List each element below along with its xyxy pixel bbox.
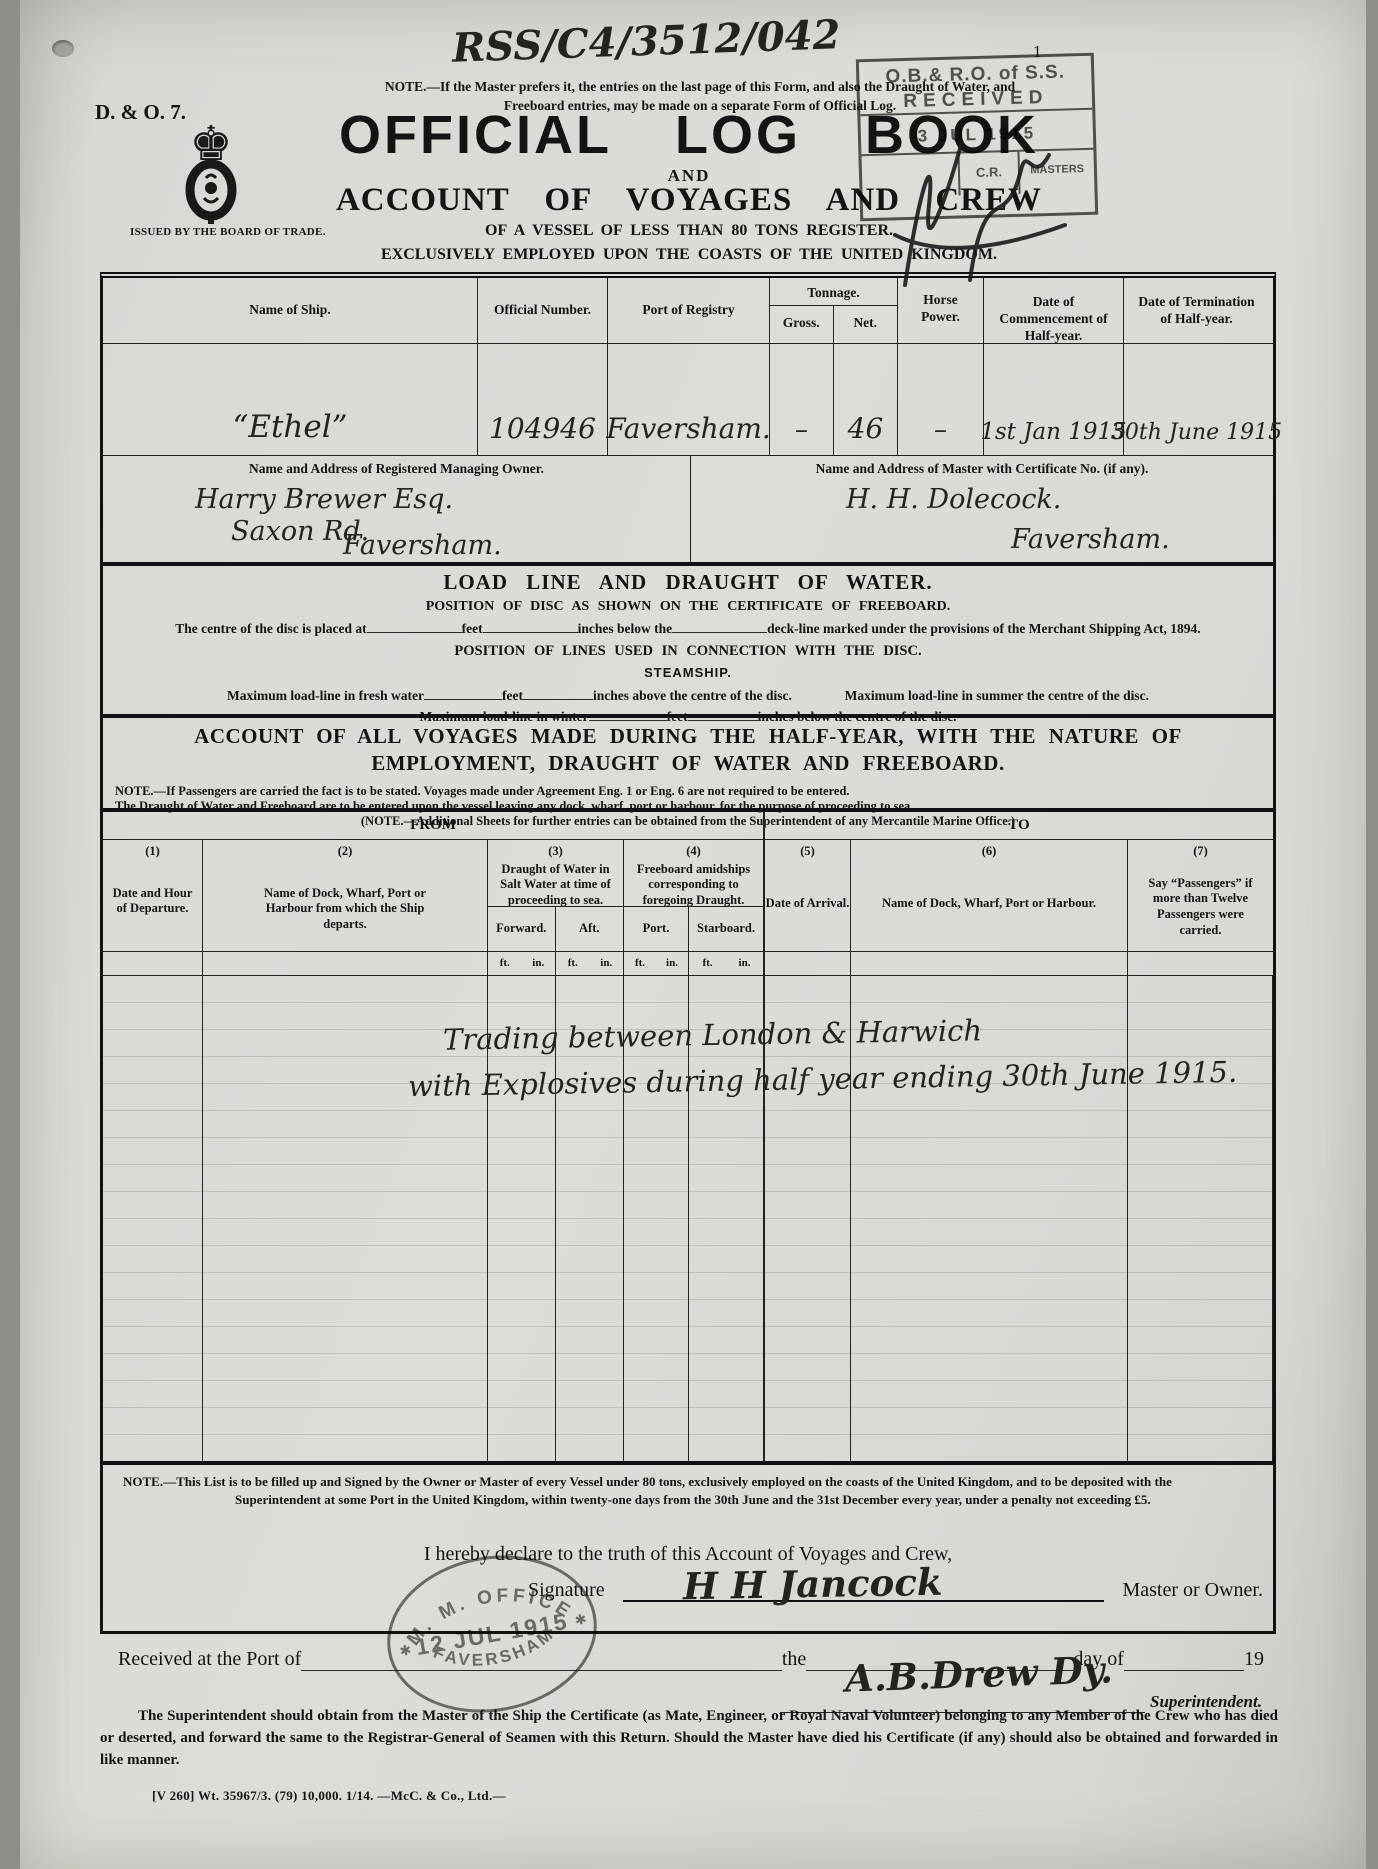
master-or-owner-label: Master or Owner.	[1122, 1579, 1263, 1602]
value-gross: –	[770, 344, 834, 455]
value-official-number: 104946	[478, 344, 608, 455]
from-to-row: FROM TO	[103, 812, 1273, 840]
stamp-star-left: ✱	[399, 1643, 413, 1660]
starboard-header: Starboard.	[689, 907, 763, 951]
stamp-star-right: ✱	[574, 1612, 588, 1629]
load-line-title: LOAD LINE AND DRAUGHT OF WATER.	[103, 566, 1273, 596]
signature-handwriting: H H Jancock	[682, 1560, 942, 1609]
superintendent-paragraph: The Superintendent should obtain from th…	[100, 1706, 1278, 1771]
col1-header: (1)Date and Hour of Departure.	[103, 840, 203, 951]
blank-line	[589, 707, 667, 721]
header-name-of-ship: Name of Ship.	[103, 278, 478, 343]
col2-header: (2)Name of Dock, Wharf, Port or Harbour …	[203, 840, 488, 951]
owner-value: Harry Brewer Esq. Saxon Rd. Faversham.	[103, 482, 691, 562]
account-title: ACCOUNT OF VOYAGES AND CREW	[0, 182, 1378, 219]
signature-line: H H Jancock	[623, 1570, 1105, 1602]
forward-header: Forward.	[488, 907, 556, 951]
blank-line	[483, 619, 578, 633]
header-net: Net.	[834, 306, 898, 344]
col3-header: (3)Draught of Water in Salt Water at tim…	[488, 840, 624, 951]
header-official-number: Official Number.	[478, 278, 608, 343]
account-title-line1: ACCOUNT OF ALL VOYAGES MADE DURING THE H…	[103, 718, 1273, 750]
position-disc-line: POSITION OF DISC AS SHOWN ON THE CERTIFI…	[103, 598, 1273, 616]
owner-master-values: Harry Brewer Esq. Saxon Rd. Faversham. H…	[103, 482, 1273, 566]
load-line-section: LOAD LINE AND DRAUGHT OF WATER. POSITION…	[103, 566, 1273, 718]
main-form: Name of Ship. Official Number. Port of R…	[100, 272, 1276, 1634]
account-section: ACCOUNT OF ALL VOYAGES MADE DURING THE H…	[103, 718, 1273, 812]
owner-master-labels: Name and Address of Registered Managing …	[103, 456, 1273, 482]
declaration-line: I hereby declare to the truth of this Ac…	[103, 1539, 1273, 1566]
blank-line	[523, 686, 593, 700]
printer-imprint: [V 260] Wt. 35967/3. (79) 10,000. 1/14. …	[152, 1788, 506, 1804]
received-pre: Received at the Port of	[118, 1648, 301, 1671]
col6-header: (6)Name of Dock, Wharf, Port or Harbour.	[851, 840, 1128, 951]
port-office-stamp: M. M. OFFICE FAVERSHAM 12 JUL 1915 ✱ ✱	[372, 1548, 612, 1720]
account-title-line2: EMPLOYMENT, DRAUGHT OF WATER AND FREEBOA…	[103, 750, 1273, 777]
hole-punch	[52, 40, 74, 57]
value-commencement: 1st Jan 1915	[984, 344, 1124, 455]
from-header: FROM	[103, 812, 765, 839]
blank-line	[688, 707, 758, 721]
header-gross: Gross.	[770, 306, 834, 344]
col4-header: (4)Freeboard amidships corresponding to …	[624, 840, 765, 951]
units-aft: ft.in.	[556, 952, 624, 975]
value-name-of-ship: “Ethel”	[103, 344, 478, 455]
port-header: Port.	[624, 907, 689, 951]
value-horse-power: –	[898, 344, 984, 455]
header-port-of-registry: Port of Registry	[608, 278, 770, 343]
blank-month	[1124, 1654, 1244, 1671]
col5-header: (5)Date of Arrival.	[765, 840, 851, 951]
blank-line	[672, 619, 767, 633]
voyage-body: Trading between London & Harwich with Ex…	[103, 976, 1273, 1461]
signature-row: Signature H H Jancock Master or Owner.	[103, 1566, 1273, 1618]
blank-line	[424, 686, 502, 700]
owner-label: Name and Address of Registered Managing …	[103, 456, 691, 482]
form-bottom-note: NOTE.—This List is to be filled up and S…	[103, 1461, 1273, 1539]
units-forward: ft.in.	[488, 952, 556, 975]
voyage-header-row: (1)Date and Hour of Departure. (2)Name o…	[103, 840, 1273, 952]
col7-header: (7)Say “Passengers” if more than Twelve …	[1128, 840, 1273, 951]
units-row: ft.in. ft.in. ft.in. ft.in.	[103, 952, 1273, 976]
ship-values-row: “Ethel” 104946 Faversham. – 46 – 1st Jan…	[103, 344, 1273, 456]
main-title: OFFICIAL LOG BOOK	[0, 104, 1378, 166]
year-prefix: 19	[1244, 1648, 1264, 1671]
account-note1: NOTE.—If Passengers are carried the fact…	[115, 784, 1273, 799]
position-lines-line: POSITION OF LINES USED IN CONNECTION WIT…	[103, 642, 1273, 661]
header-termination: Date of Termination of Half-year.	[1124, 278, 1269, 343]
steamship-line: STEAMSHIP.	[103, 665, 1273, 682]
voyage-table: FROM TO (1)Date and Hour of Departure. (…	[103, 812, 1273, 1461]
fresh-water-line: Maximum load-line in fresh waterfeetinch…	[103, 686, 1273, 705]
value-termination: 30th June 1915	[1124, 344, 1269, 455]
vessel-line: OF A VESSEL OF LESS THAN 80 TONS REGISTE…	[0, 222, 1378, 240]
blank-line	[367, 619, 462, 633]
employed-line: EXCLUSIVELY EMPLOYED UPON THE COASTS OF …	[0, 246, 1378, 264]
master-label: Name and Address of Master with Certific…	[691, 456, 1273, 482]
master-value: H. H. Dolecock. Faversham.	[691, 482, 1273, 562]
the-word: the	[782, 1648, 806, 1671]
aft-header: Aft.	[556, 907, 624, 951]
units-port: ft.in.	[624, 952, 689, 975]
ink-scrawl	[835, 115, 1115, 305]
value-net: 46	[834, 344, 898, 455]
value-port-of-registry: Faversham.	[608, 344, 770, 455]
to-header: TO	[765, 812, 1273, 839]
superintendent-signature: A.B.Drew Dy.	[844, 1647, 1113, 1700]
centre-disc-line: The centre of the disc is placed atfeeti…	[103, 619, 1273, 638]
units-starboard: ft.in.	[689, 952, 765, 975]
